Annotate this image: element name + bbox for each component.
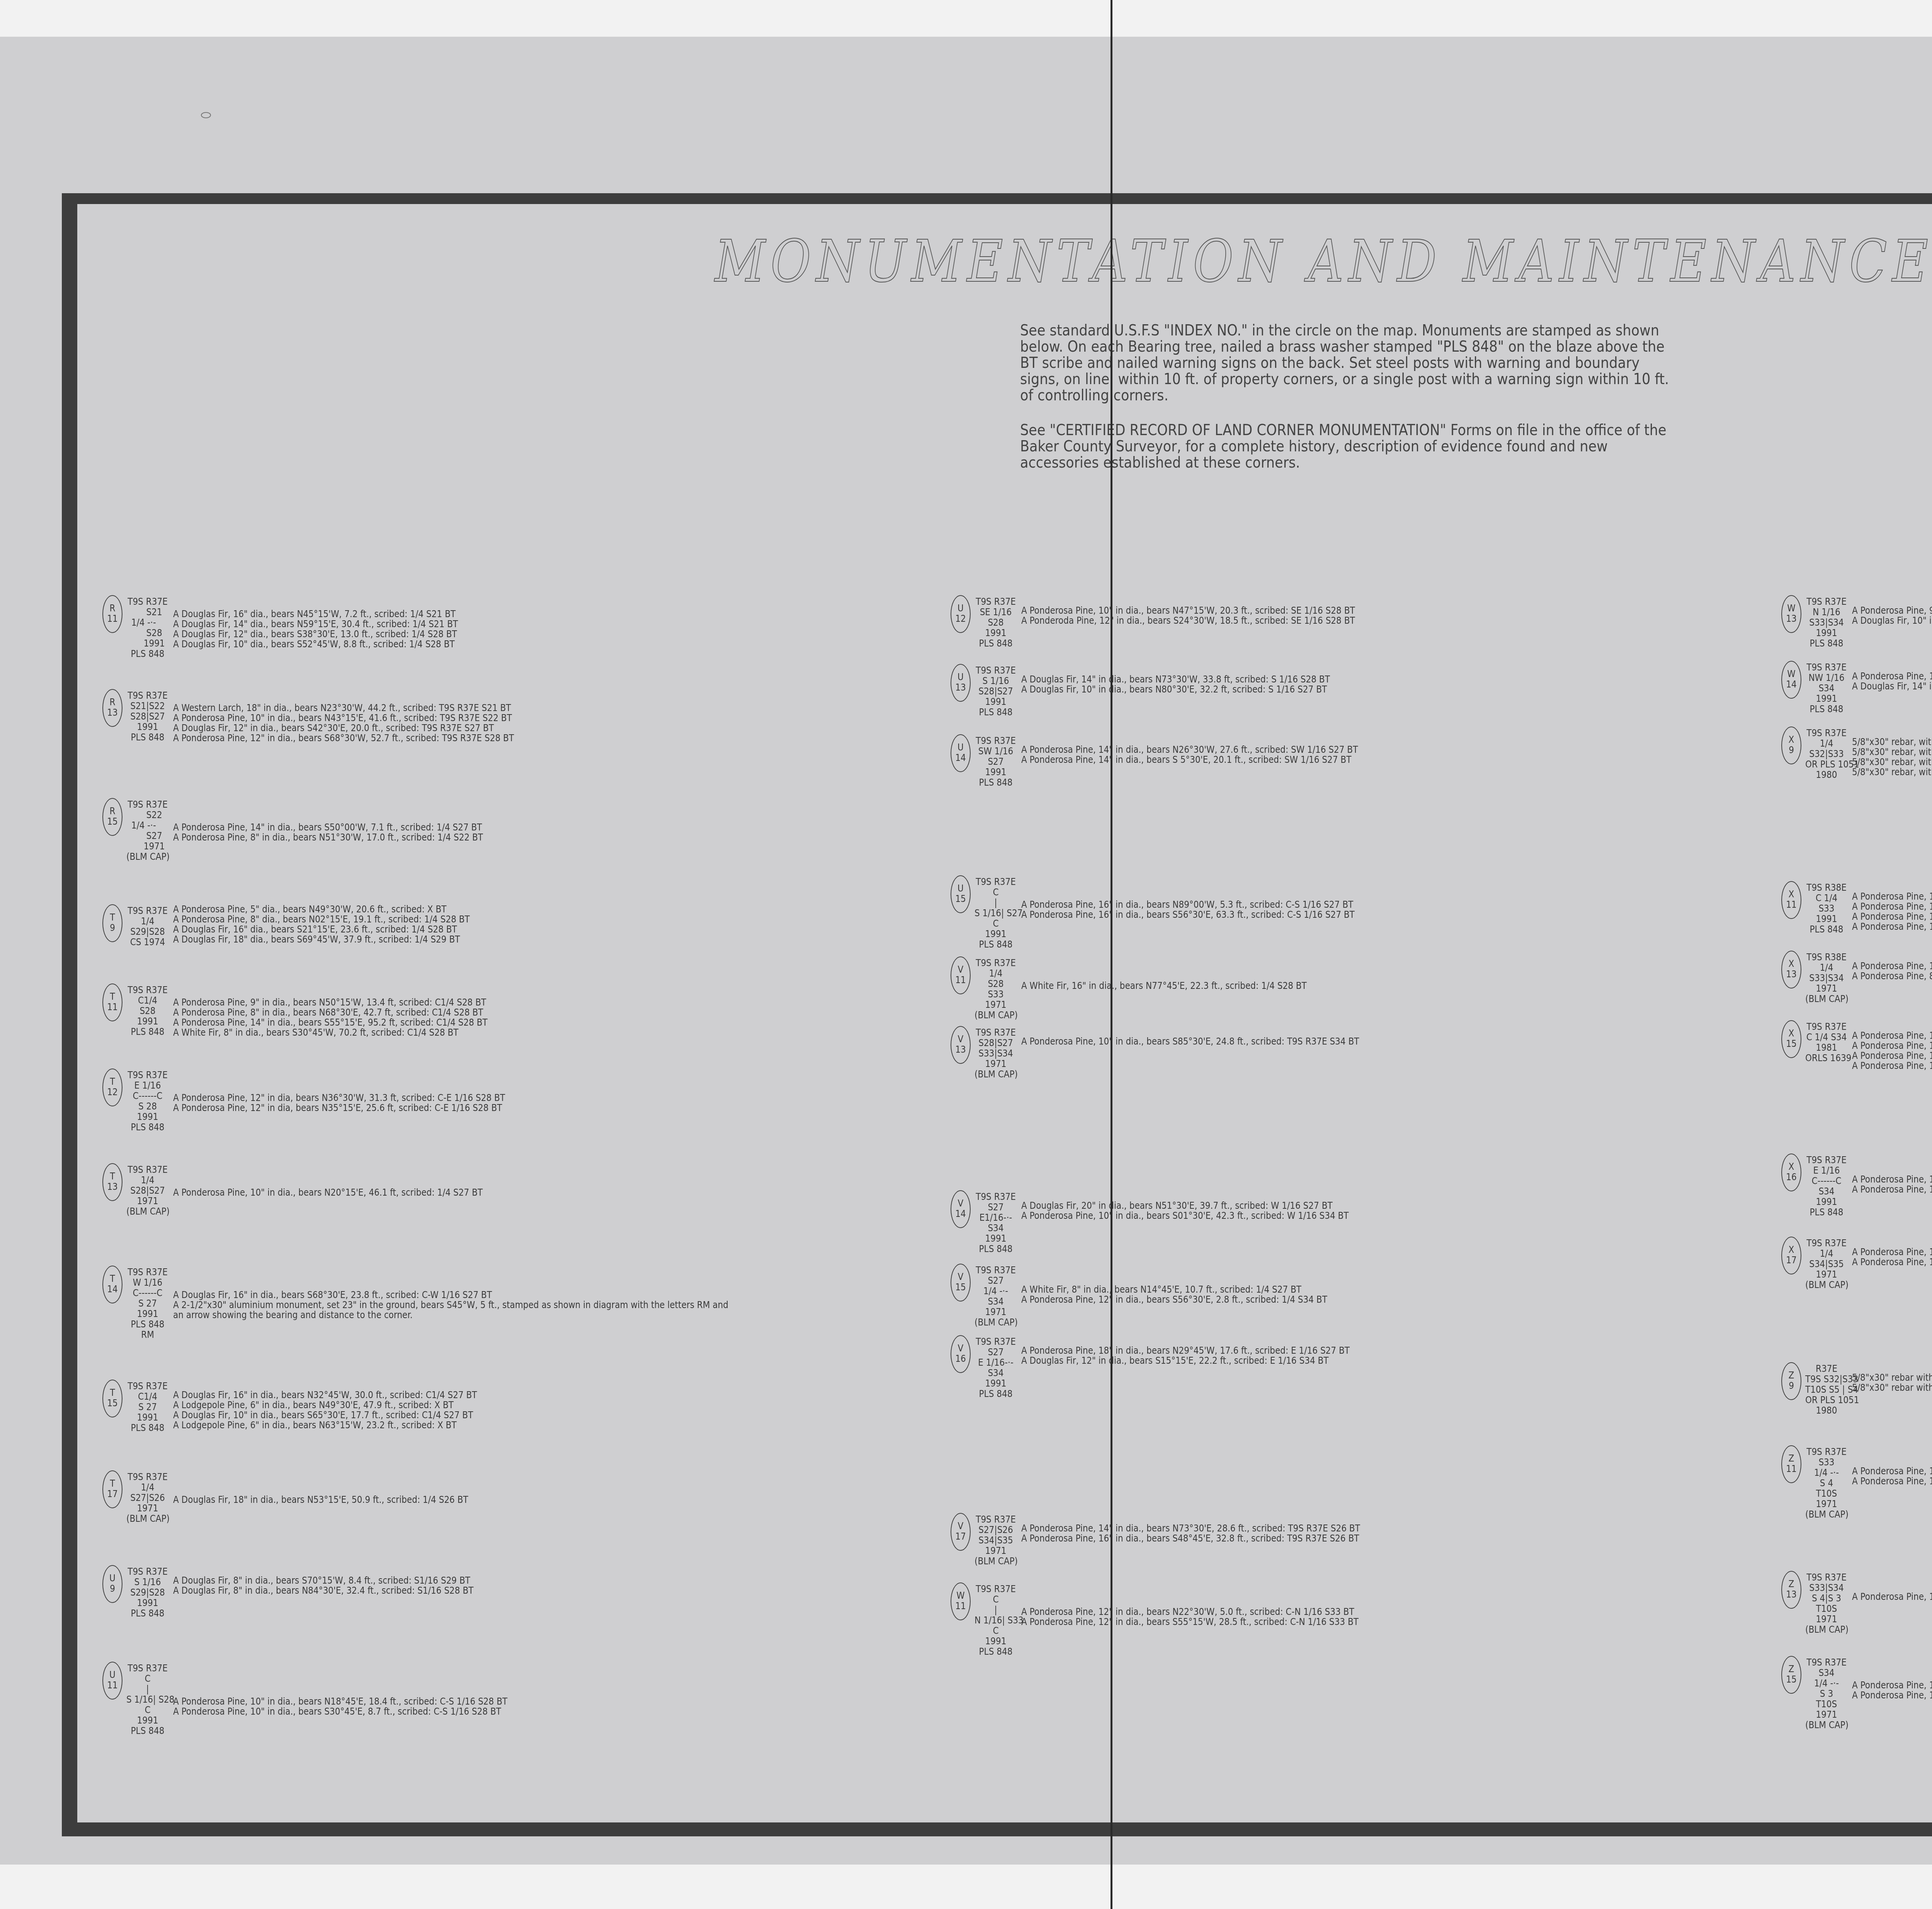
bearing-tree-line: A Ponderosa Pine, 16" in dia., bears S48…	[1021, 1533, 1360, 1543]
index-number: 13	[951, 682, 970, 693]
pencil-mark	[201, 112, 211, 118]
bearing-tree-line: A Ponderosa Pine, 14" in dia, bears S51°…	[1852, 912, 1932, 922]
index-number: 15	[951, 1282, 970, 1293]
index-number: 17	[103, 1489, 122, 1499]
bearing-tree-line: A Ponderosa Pine, 14" in dia, bears N46°…	[1852, 1184, 1932, 1194]
bearing-tree-line: A Ponderosa Pine, 12" in dia., bears S68…	[173, 733, 514, 743]
monument-stamp: T9S R37E S33|S34 S 4|S 3 T10S 1971 (BLM …	[1805, 1572, 1848, 1635]
index-number: 11	[951, 975, 970, 985]
index-letter: V	[951, 1272, 970, 1282]
index-letter: X	[1782, 1162, 1801, 1172]
bearing-tree-list: A Ponderosa Pine, 10" in dia, bears S62°…	[1852, 1247, 1932, 1267]
index-number: 15	[103, 817, 122, 827]
index-circle-icon: T14	[102, 1266, 122, 1303]
index-number: 13	[103, 708, 122, 718]
index-letter: Z	[1782, 1453, 1801, 1464]
index-number: 11	[1782, 1464, 1801, 1474]
index-number: 9	[103, 923, 122, 933]
bearing-tree-list: A Ponderosa Pine, 12" in dia., bears N22…	[1021, 1607, 1359, 1627]
index-circle-icon: T12	[102, 1068, 122, 1106]
bearing-tree-line: A Ponderosa Pine, 12" in dia., bears N72…	[1852, 671, 1932, 681]
index-number: 11	[103, 1680, 122, 1691]
index-number: 11	[951, 1601, 970, 1611]
index-letter: X	[1782, 1028, 1801, 1039]
index-letter: U	[103, 1670, 122, 1680]
bearing-tree-line: A Ponderosa Pine, 14" in dia., bears S 5…	[1021, 755, 1358, 765]
bearing-tree-line: A Ponderosa Pine, 10" in dia., bears N47…	[1021, 606, 1355, 616]
index-circle-icon: V17	[951, 1513, 971, 1551]
index-letter: U	[951, 742, 970, 753]
bearing-tree-line: A Ponderosa Pine, 16" in dia., bears N89…	[1021, 900, 1355, 910]
bearing-tree-line: A Lodgepole Pine, 6" in dia., bears N49°…	[173, 1400, 477, 1410]
bearing-tree-line: A Ponderosa Pine, 5" dia., bears N49°30'…	[173, 904, 470, 914]
bearing-tree-line: 5/8"x30" rebar with plastic cap marked P…	[1852, 1373, 1932, 1383]
bearing-tree-line: A Douglas Fir, 14" in dia., bears N73°30…	[1021, 674, 1330, 684]
bearing-tree-line: A Douglas Fir, 18" in dia., bears N53°15…	[173, 1495, 468, 1505]
index-number: 14	[951, 1209, 970, 1219]
bearing-tree-line: A Ponderosa Pine, 10" in dia., bears S85…	[1021, 1036, 1359, 1046]
index-circle-icon: R11	[102, 595, 122, 633]
index-circle-icon: V15	[951, 1264, 971, 1302]
index-letter: Z	[1782, 1579, 1801, 1589]
monument-stamp: T9S R37E 1/4 S28 S33 1971 (BLM CAP)	[975, 958, 1017, 1021]
index-letter: V	[951, 1198, 970, 1209]
bearing-tree-line: A Ponderosa Pine, 8" in dia., bears N68°…	[173, 1007, 488, 1017]
bearing-tree-list: A Ponderosa Pine, 10" in dia, bears S22°…	[1852, 892, 1932, 932]
index-letter: U	[951, 672, 970, 682]
bearing-tree-list: 5/8"x30" rebar with plastic cap marked P…	[1852, 1373, 1932, 1393]
bearing-tree-list: A Douglas Fir, 16" in dia., bears N32°45…	[173, 1390, 477, 1430]
monument-stamp: T9S R37E S27 1/4 -·- S34 1971 (BLM CAP)	[975, 1265, 1017, 1328]
bearing-tree-list: 5/8"x30" rebar, with plastic cap marked …	[1852, 737, 1932, 777]
index-number: 13	[951, 1045, 970, 1055]
index-letter: T	[103, 1274, 122, 1284]
bearing-tree-line: A Douglas Fir, 16" in dia., bears N32°45…	[173, 1390, 477, 1400]
index-letter: W	[951, 1591, 970, 1601]
index-number: 14	[103, 1284, 122, 1295]
index-letter: R	[103, 603, 122, 614]
index-number: 12	[951, 614, 970, 624]
index-circle-icon: Z11	[1781, 1445, 1801, 1483]
bearing-tree-list: A Douglas Fir, 20" in dia., bears N51°30…	[1021, 1201, 1349, 1221]
bearing-tree-line: 5/8"x30" rebar with plastic cap with 1 g…	[1852, 1383, 1932, 1393]
index-circle-icon: T13	[102, 1163, 122, 1201]
index-letter: V	[951, 965, 970, 975]
monument-stamp: T9S R37E SW 1/16 S27 1991 PLS 848	[975, 736, 1017, 788]
bearing-tree-list: A Ponderosa Pine, 14" in dia., bears N73…	[1021, 1523, 1360, 1543]
bearing-tree-line: A Ponderosa Pine, 8" dia., bears N02°15'…	[173, 914, 470, 924]
index-number: 12	[103, 1087, 122, 1097]
index-letter: T	[103, 912, 122, 923]
index-circle-icon: T11	[102, 983, 122, 1021]
bearing-tree-line: A Douglas Fir, 18" dia., bears S69°45'W,…	[173, 934, 470, 944]
bearing-tree-list: A Ponderosa Pine, 9" in dia., bears N50°…	[173, 997, 488, 1038]
index-circle-icon: W13	[1781, 595, 1801, 633]
bearing-tree-line: A Douglas Fir, 16" in dia., bears S68°30…	[173, 1290, 730, 1300]
index-letter: T	[103, 992, 122, 1002]
index-letter: T	[103, 1171, 122, 1182]
bearing-tree-list: A Ponderosa Pine, 10" in dia., bears N87…	[1852, 961, 1932, 981]
bearing-tree-line: A Ponderosa Pine, 10" in dia., bears N43…	[173, 713, 514, 723]
index-circle-icon: X17	[1781, 1237, 1801, 1274]
monument-stamp: T9S R37E E 1/16 C------C S34 1991 PLS 84…	[1805, 1155, 1848, 1218]
index-circle-icon: U14	[951, 734, 971, 772]
monument-stamp: T9S R37E S22 1/4 -·- S27 1971 (BLM CAP)	[126, 800, 169, 862]
index-letter: V	[951, 1034, 970, 1045]
index-circle-icon: T9	[102, 904, 122, 942]
bearing-tree-list: A Ponderosa Pine, 10" in dia., bears N18…	[173, 1696, 507, 1717]
bearing-tree-line: A Ponderosa Pine, 10" in dia, bears S 8°…	[1852, 1051, 1932, 1061]
bearing-tree-line: A Ponderosa Pine, 14" in dia., bears S55…	[173, 1017, 488, 1028]
bearing-tree-list: A Douglas Fir, 16" dia., bears N45°15'W,…	[173, 609, 458, 649]
index-number: 15	[103, 1398, 122, 1409]
index-letter: V	[951, 1343, 970, 1354]
index-circle-icon: U15	[951, 875, 971, 913]
monument-stamp: T9S R37E 1/4 S27|S26 1971 (BLM CAP)	[126, 1472, 169, 1524]
monument-stamp: T9S R37E 1/4 S34|S35 1971 (BLM CAP)	[1805, 1238, 1848, 1290]
bearing-tree-list: A Western Larch, 18" in dia., bears N23°…	[173, 703, 514, 743]
bearing-tree-line: A Douglas Fir, 14" in dia., bears N00°15…	[1852, 681, 1932, 691]
bearing-tree-line: A Ponderosa Pine, 12" in dia, bears N36°…	[173, 1093, 505, 1103]
bearing-tree-list: A Ponderosa Pine, 18" in dia., bears N29…	[1021, 1346, 1350, 1366]
bearing-tree-line: A Ponderosa Pine, 14" in dia., bears N73…	[1021, 1523, 1360, 1533]
index-circle-icon: X15	[1781, 1020, 1801, 1058]
index-circle-icon: U9	[102, 1565, 122, 1603]
monument-stamp: T9S R37E S28|S27 S33|S34 1971 (BLM CAP)	[975, 1028, 1017, 1080]
index-circle-icon: R15	[102, 798, 122, 836]
index-letter: X	[1782, 735, 1801, 745]
bearing-tree-line: A Ponderosa Pine, 10" in dia, bears S22°…	[1852, 892, 1932, 902]
monument-stamp: T9S R37E W 1/16 C------C S 27 1991 PLS 8…	[126, 1267, 169, 1340]
bearing-tree-list: A Ponderosa Pine, 10" in dia, bears N39°…	[1852, 1031, 1932, 1071]
index-circle-icon: Z15	[1781, 1656, 1801, 1694]
monument-stamp: T9S R37E S34 1/4 -·- S 3 T10S 1971 (BLM …	[1805, 1657, 1848, 1730]
bearing-tree-line: A Douglas Fir, 10" dia., bears S52°45'W,…	[173, 639, 458, 649]
bearing-tree-line: A Ponderosa Pine, 14" in dia., bears S50…	[173, 822, 483, 832]
bearing-tree-line: A Ponderoda Pine, 12" in dia., bears S24…	[1021, 616, 1355, 626]
bearing-tree-list: A Ponderosa Pine, 10" in dia., bears S85…	[1021, 1036, 1359, 1046]
bearing-tree-line: A Douglas Fir, 8" in dia., bears N84°30'…	[173, 1586, 473, 1596]
bearing-tree-line: A Ponderosa Pine, 10" in dia., bears S22…	[1852, 1690, 1932, 1700]
monument-stamp: T9S R37E N 1/16 S33|S34 1991 PLS 848	[1805, 597, 1848, 649]
page-title: MONUMENTATION AND MAINTENANCE	[715, 228, 1932, 295]
bearing-tree-line: A Douglas Fir, 12" in dia., bears S42°30…	[173, 723, 514, 733]
bearing-tree-list: A Ponderosa Pine, 9" in dia., bears S41°…	[1852, 606, 1932, 626]
bearing-tree-line: A Ponderosa Pine, 10" in dia., bears S30…	[173, 1707, 507, 1717]
index-circle-icon: X9	[1781, 727, 1801, 764]
index-letter: U	[951, 603, 970, 614]
bearing-tree-list: A Ponderosa Pine, 14" in dia., bears S50…	[173, 822, 483, 842]
bearing-tree-line: 5/8"x30" rebar, with plastic cap, 3 groo…	[1852, 767, 1932, 777]
bearing-tree-line: A Ponderosa Pine, 8" in dia., bears S52°…	[1852, 971, 1932, 981]
index-letter: U	[103, 1573, 122, 1584]
bearing-tree-line: A Douglas Fir, 12" in dia., bears S15°15…	[1021, 1356, 1350, 1366]
bearing-tree-list: A Ponderosa Pine, 11" in dia, bears N52°…	[1852, 1466, 1932, 1486]
bearing-tree-line: A Ponderosa Pine, 12" in dia., bears S56…	[1021, 1295, 1327, 1305]
index-number: 14	[951, 753, 970, 763]
index-circle-icon: V14	[951, 1190, 971, 1228]
index-letter: T	[103, 1077, 122, 1087]
bearing-tree-line: A Ponderosa Pine, 14" in dia, bears N14°…	[1852, 1041, 1932, 1051]
index-number: 15	[1782, 1674, 1801, 1685]
index-letter: W	[1782, 603, 1801, 614]
index-number: 15	[951, 894, 970, 904]
bearing-tree-line: A Ponderosa Pine, 9" in dia., bears N50°…	[173, 997, 488, 1007]
bearing-tree-list: A Ponderosa Pine, 12" in dia, bears N36°…	[173, 1093, 505, 1113]
bearing-tree-list: A Ponderosa Pine, 14" in dia., bears N26…	[1021, 745, 1358, 765]
index-number: 11	[1782, 900, 1801, 910]
index-circle-icon: X16	[1781, 1154, 1801, 1191]
index-letter: X	[1782, 1245, 1801, 1255]
bearing-tree-line: A Ponderosa Pine, 18" in dia., bears N29…	[1021, 1346, 1350, 1356]
bearing-tree-line: A Ponderosa Pine, 8" in dia., bears N51°…	[173, 832, 483, 842]
index-circle-icon: X13	[1781, 951, 1801, 989]
index-letter: X	[1782, 959, 1801, 969]
bearing-tree-line: A White Fir, 8" in dia., bears N14°45'E,…	[1021, 1285, 1327, 1295]
bearing-tree-line: A White Fir, 16" in dia., bears N77°45'E…	[1021, 981, 1307, 991]
bearing-tree-list: A Ponderosa Pine, 5" dia., bears N49°30'…	[173, 904, 470, 944]
index-circle-icon: V16	[951, 1335, 971, 1373]
bearing-tree-list: A Douglas Fir, 8" in dia., bears S70°15'…	[173, 1576, 473, 1596]
index-circle-icon: W14	[1781, 661, 1801, 699]
bearing-tree-line: A Ponderosa Pine, 9" in dia., bears S41°…	[1852, 606, 1932, 616]
bearing-tree-line: A Ponderosa Pine, 10" in dia., bears N87…	[1852, 961, 1932, 971]
bearing-tree-line: A Ponderosa Pine, 10" in dia., bears S01…	[1021, 1211, 1349, 1221]
bearing-tree-line: A Douglas Fir, 14" dia., bears N59°15'E,…	[173, 619, 458, 629]
monument-stamp: T9S R37E S33 1/4 -·- S 4 T10S 1971 (BLM …	[1805, 1447, 1848, 1520]
bearing-tree-line: A Ponderosa Pine, 12" in dia, bears S61°…	[1852, 1476, 1932, 1486]
index-number: 14	[1782, 679, 1801, 690]
bearing-tree-list: A Ponderosa Pine, 10" in dia, bears N82°…	[1852, 1592, 1932, 1602]
index-circle-icon: U13	[951, 664, 971, 702]
bearing-tree-list: A Ponderosa Pine, 12" in dia., bears N72…	[1852, 671, 1932, 691]
bearing-tree-line: A Ponderosa Pine, 10" in dia, bears S62°…	[1852, 1247, 1932, 1257]
bearing-tree-line: A Ponderosa Pine, 16" in dia., bears S56…	[1021, 910, 1355, 920]
index-number: 16	[951, 1354, 970, 1364]
bearing-tree-list: A Ponderosa Pine, 14" in dia., bears N33…	[1852, 1680, 1932, 1700]
bearing-tree-line: A Ponderosa Pine, 11" in dia, bears N52°…	[1852, 1466, 1932, 1476]
bearing-tree-line: A Douglas Fir, 16" dia., bears S21°15'E,…	[173, 924, 470, 934]
index-letter: T	[103, 1479, 122, 1489]
monument-stamp: T9S R37E C | S 1/16| S28 C 1991 PLS 848	[126, 1663, 169, 1736]
fold-line	[1111, 0, 1112, 1909]
index-letter: Z	[1782, 1664, 1801, 1674]
bearing-tree-list: A White Fir, 16" in dia., bears N77°45'E…	[1021, 981, 1307, 991]
bearing-tree-line: 5/8"x30" rebar, with plastic cap marked …	[1852, 737, 1932, 747]
index-number: 17	[1782, 1255, 1801, 1266]
index-number: 13	[1782, 614, 1801, 624]
monument-stamp: T9S R37E 1/4 S32|S33 OR PLS 1051 1980	[1805, 728, 1848, 780]
index-number: 9	[1782, 745, 1801, 755]
bearing-tree-line: A Douglas Fir, 8" in dia., bears S70°15'…	[173, 1576, 473, 1586]
note-paragraph: See standard U.S.F.S "INDEX NO." in the …	[1020, 323, 1677, 404]
monument-stamp: T9S R37E C | S 1/16| S27 C 1991 PLS 848	[975, 877, 1017, 950]
monument-stamp: T9S R37E C 1/4 S34 1981 ORLS 1639	[1805, 1022, 1848, 1063]
monument-stamp: T9S R37E S21|S22 S28|S27 1991 PLS 848	[126, 691, 169, 743]
monument-stamp: T9S R38E C 1/4 S33 1991 PLS 848	[1805, 883, 1848, 935]
index-number: 16	[1782, 1172, 1801, 1182]
general-notes: See standard U.S.F.S "INDEX NO." in the …	[1020, 323, 1677, 490]
index-number: 13	[1782, 1589, 1801, 1600]
monument-stamp: T9S R37E 1/4 S28|S27 1971 (BLM CAP)	[126, 1165, 169, 1217]
bearing-tree-line: A Douglas Fir, 16" dia., bears N45°15'W,…	[173, 609, 458, 619]
bearing-tree-line: A Ponderosa Pine, 10" in dia, bears N39°…	[1852, 1031, 1932, 1041]
index-circle-icon: U11	[102, 1662, 122, 1700]
index-letter: R	[103, 806, 122, 817]
bearing-tree-line: A Ponderosa Pine, 14" in dia., bears N26…	[1021, 745, 1358, 755]
bearing-tree-line: A Ponderosa Pine, 10" in dia, bears S71°…	[1852, 1061, 1932, 1071]
bearing-tree-line: A 2-1/2"x30" aluminium monument, set 23"…	[173, 1300, 730, 1320]
monument-stamp: T9S R37E C1/4 S28 1991 PLS 848	[126, 985, 169, 1037]
bearing-tree-line: 5/8"x30" rebar, with plastic cap, 1 groo…	[1852, 747, 1932, 757]
bearing-tree-line: A Western Larch, 18" in dia., bears N23°…	[173, 703, 514, 713]
index-letter: R	[103, 697, 122, 708]
bearing-tree-line: A Ponderosa Pine, 12" in dia, bears N78°…	[1852, 902, 1932, 912]
monument-stamp: T9S R38E 1/4 S33|S34 1971 (BLM CAP)	[1805, 952, 1848, 1004]
bearing-tree-line: A Ponderosa Pine, 12" in dia., bears N22…	[1021, 1607, 1359, 1617]
index-letter: X	[1782, 889, 1801, 900]
bearing-tree-line: A Ponderosa Pine, 10" in dia., bears N18…	[173, 1696, 507, 1707]
bearing-tree-line: A Douglas Fir, 10" in dia., bears S54°30…	[1852, 616, 1932, 626]
bearing-tree-line: A Ponderosa Pine, 14" in dia, bears S89°…	[1852, 1174, 1932, 1184]
index-letter: T	[103, 1388, 122, 1398]
monument-stamp: T9S R37E E 1/16 C------C S 28 1991 PLS 8…	[126, 1070, 169, 1133]
index-letter: W	[1782, 669, 1801, 679]
bearing-tree-list: A Douglas Fir, 14" in dia., bears N73°30…	[1021, 674, 1330, 694]
bearing-tree-list: A Ponderosa Pine, 10" in dia., bears N20…	[173, 1188, 483, 1198]
index-number: 11	[103, 1002, 122, 1012]
index-circle-icon: W11	[951, 1582, 971, 1620]
bearing-tree-line: A Ponderosa Pine, 10" in dia, bears N18°…	[1852, 1257, 1932, 1267]
bearing-tree-line: 5/8"x30" rebar, with plastic cap, 2 groo…	[1852, 757, 1932, 767]
monument-stamp: T9S R37E S27|S26 S34|S35 1971 (BLM CAP)	[975, 1514, 1017, 1567]
index-circle-icon: R13	[102, 689, 122, 727]
index-circle-icon: V13	[951, 1026, 971, 1064]
index-circle-icon: T17	[102, 1470, 122, 1508]
bearing-tree-list: A Douglas Fir, 16" in dia., bears S68°30…	[173, 1290, 730, 1320]
note-paragraph: See "CERTIFIED RECORD OF LAND CORNER MON…	[1020, 422, 1677, 471]
bearing-tree-list: A Ponderosa Pine, 16" in dia., bears N89…	[1021, 900, 1355, 920]
bearing-tree-line: A Ponderosa Pine, 12" in dia, bears N35°…	[173, 1103, 505, 1113]
monument-stamp: T9S R37E NW 1/16 S34 1991 PLS 848	[1805, 662, 1848, 715]
index-letter: U	[951, 883, 970, 894]
bearing-tree-line: A Douglas Fir, 10" in dia., bears N80°30…	[1021, 684, 1330, 694]
index-letter: Z	[1782, 1370, 1801, 1381]
index-number: 9	[1782, 1381, 1801, 1391]
monument-stamp: T9S R37E C1/4 S 27 1991 PLS 848	[126, 1381, 169, 1433]
monument-stamp: R37E T9S S32|S33 T10S S5 | S4 OR PLS 105…	[1805, 1364, 1848, 1416]
bearing-tree-list: A Ponderosa Pine, 14" in dia, bears S89°…	[1852, 1174, 1932, 1194]
monument-stamp: T9S R37E 1/4 S29|S28 CS 1974	[126, 906, 169, 948]
index-circle-icon: U12	[951, 595, 971, 633]
bearing-tree-line: A White Fir, 8" in dia., bears S30°45'W,…	[173, 1028, 488, 1038]
index-number: 15	[1782, 1039, 1801, 1049]
monument-stamp: T9S R37E S27 E1/16-·- S34 1991 PLS 848	[975, 1192, 1017, 1254]
bearing-tree-line: A Lodgepole Pine, 6" in dia., bears N63°…	[173, 1420, 477, 1430]
index-number: 13	[103, 1182, 122, 1192]
index-circle-icon: T15	[102, 1380, 122, 1417]
index-number: 11	[103, 614, 122, 624]
bearing-tree-line: A Ponderosa Pine, 10" in dia, bears N82°…	[1852, 1592, 1932, 1602]
bearing-tree-list: A Ponderosa Pine, 10" in dia., bears N47…	[1021, 606, 1355, 626]
monument-stamp: T9S R37E S 1/16 S28|S27 1991 PLS 848	[975, 665, 1017, 718]
monument-stamp: T9S R37E SE 1/16 S28 1991 PLS 848	[975, 597, 1017, 649]
bearing-tree-line: A Douglas Fir, 20" in dia., bears N51°30…	[1021, 1201, 1349, 1211]
bearing-tree-line: A Ponderosa Pine, 14" in dia., bears N33…	[1852, 1680, 1932, 1690]
index-letter: V	[951, 1521, 970, 1531]
index-number: 17	[951, 1531, 970, 1542]
index-circle-icon: V11	[951, 956, 971, 994]
monument-stamp: T9S R37E S27 E 1/16-·- S34 1991 PLS 848	[975, 1337, 1017, 1399]
bearing-tree-line: A Douglas Fir, 10" in dia., bears S65°30…	[173, 1410, 477, 1420]
index-number: 9	[103, 1584, 122, 1594]
monument-stamp: T9S R37E C | N 1/16| S33 C 1991 PLS 848	[975, 1584, 1017, 1657]
bearing-tree-list: A Douglas Fir, 18" in dia., bears N53°15…	[173, 1495, 468, 1505]
bearing-tree-line: A Ponderosa Pine, 10" in dia., bears N20…	[173, 1188, 483, 1198]
bearing-tree-line: A Douglas Fir, 12" dia., bears S38°30'E,…	[173, 629, 458, 639]
monument-stamp: T9S R37E S21 1/4 -·- S28 1991 PLS 848	[126, 597, 169, 659]
bearing-tree-line: A Ponderosa Pine, 12" in dia, bears S09°…	[1852, 922, 1932, 932]
index-number: 13	[1782, 969, 1801, 980]
index-circle-icon: Z13	[1781, 1571, 1801, 1609]
monument-stamp: T9S R37E S 1/16 S29|S28 1991 PLS 848	[126, 1567, 169, 1619]
index-circle-icon: X11	[1781, 881, 1801, 919]
bearing-tree-list: A White Fir, 8" in dia., bears N14°45'E,…	[1021, 1285, 1327, 1305]
index-circle-icon: Z9	[1781, 1362, 1801, 1400]
bearing-tree-line: A Ponderosa Pine, 12" in dia., bears S55…	[1021, 1617, 1359, 1627]
